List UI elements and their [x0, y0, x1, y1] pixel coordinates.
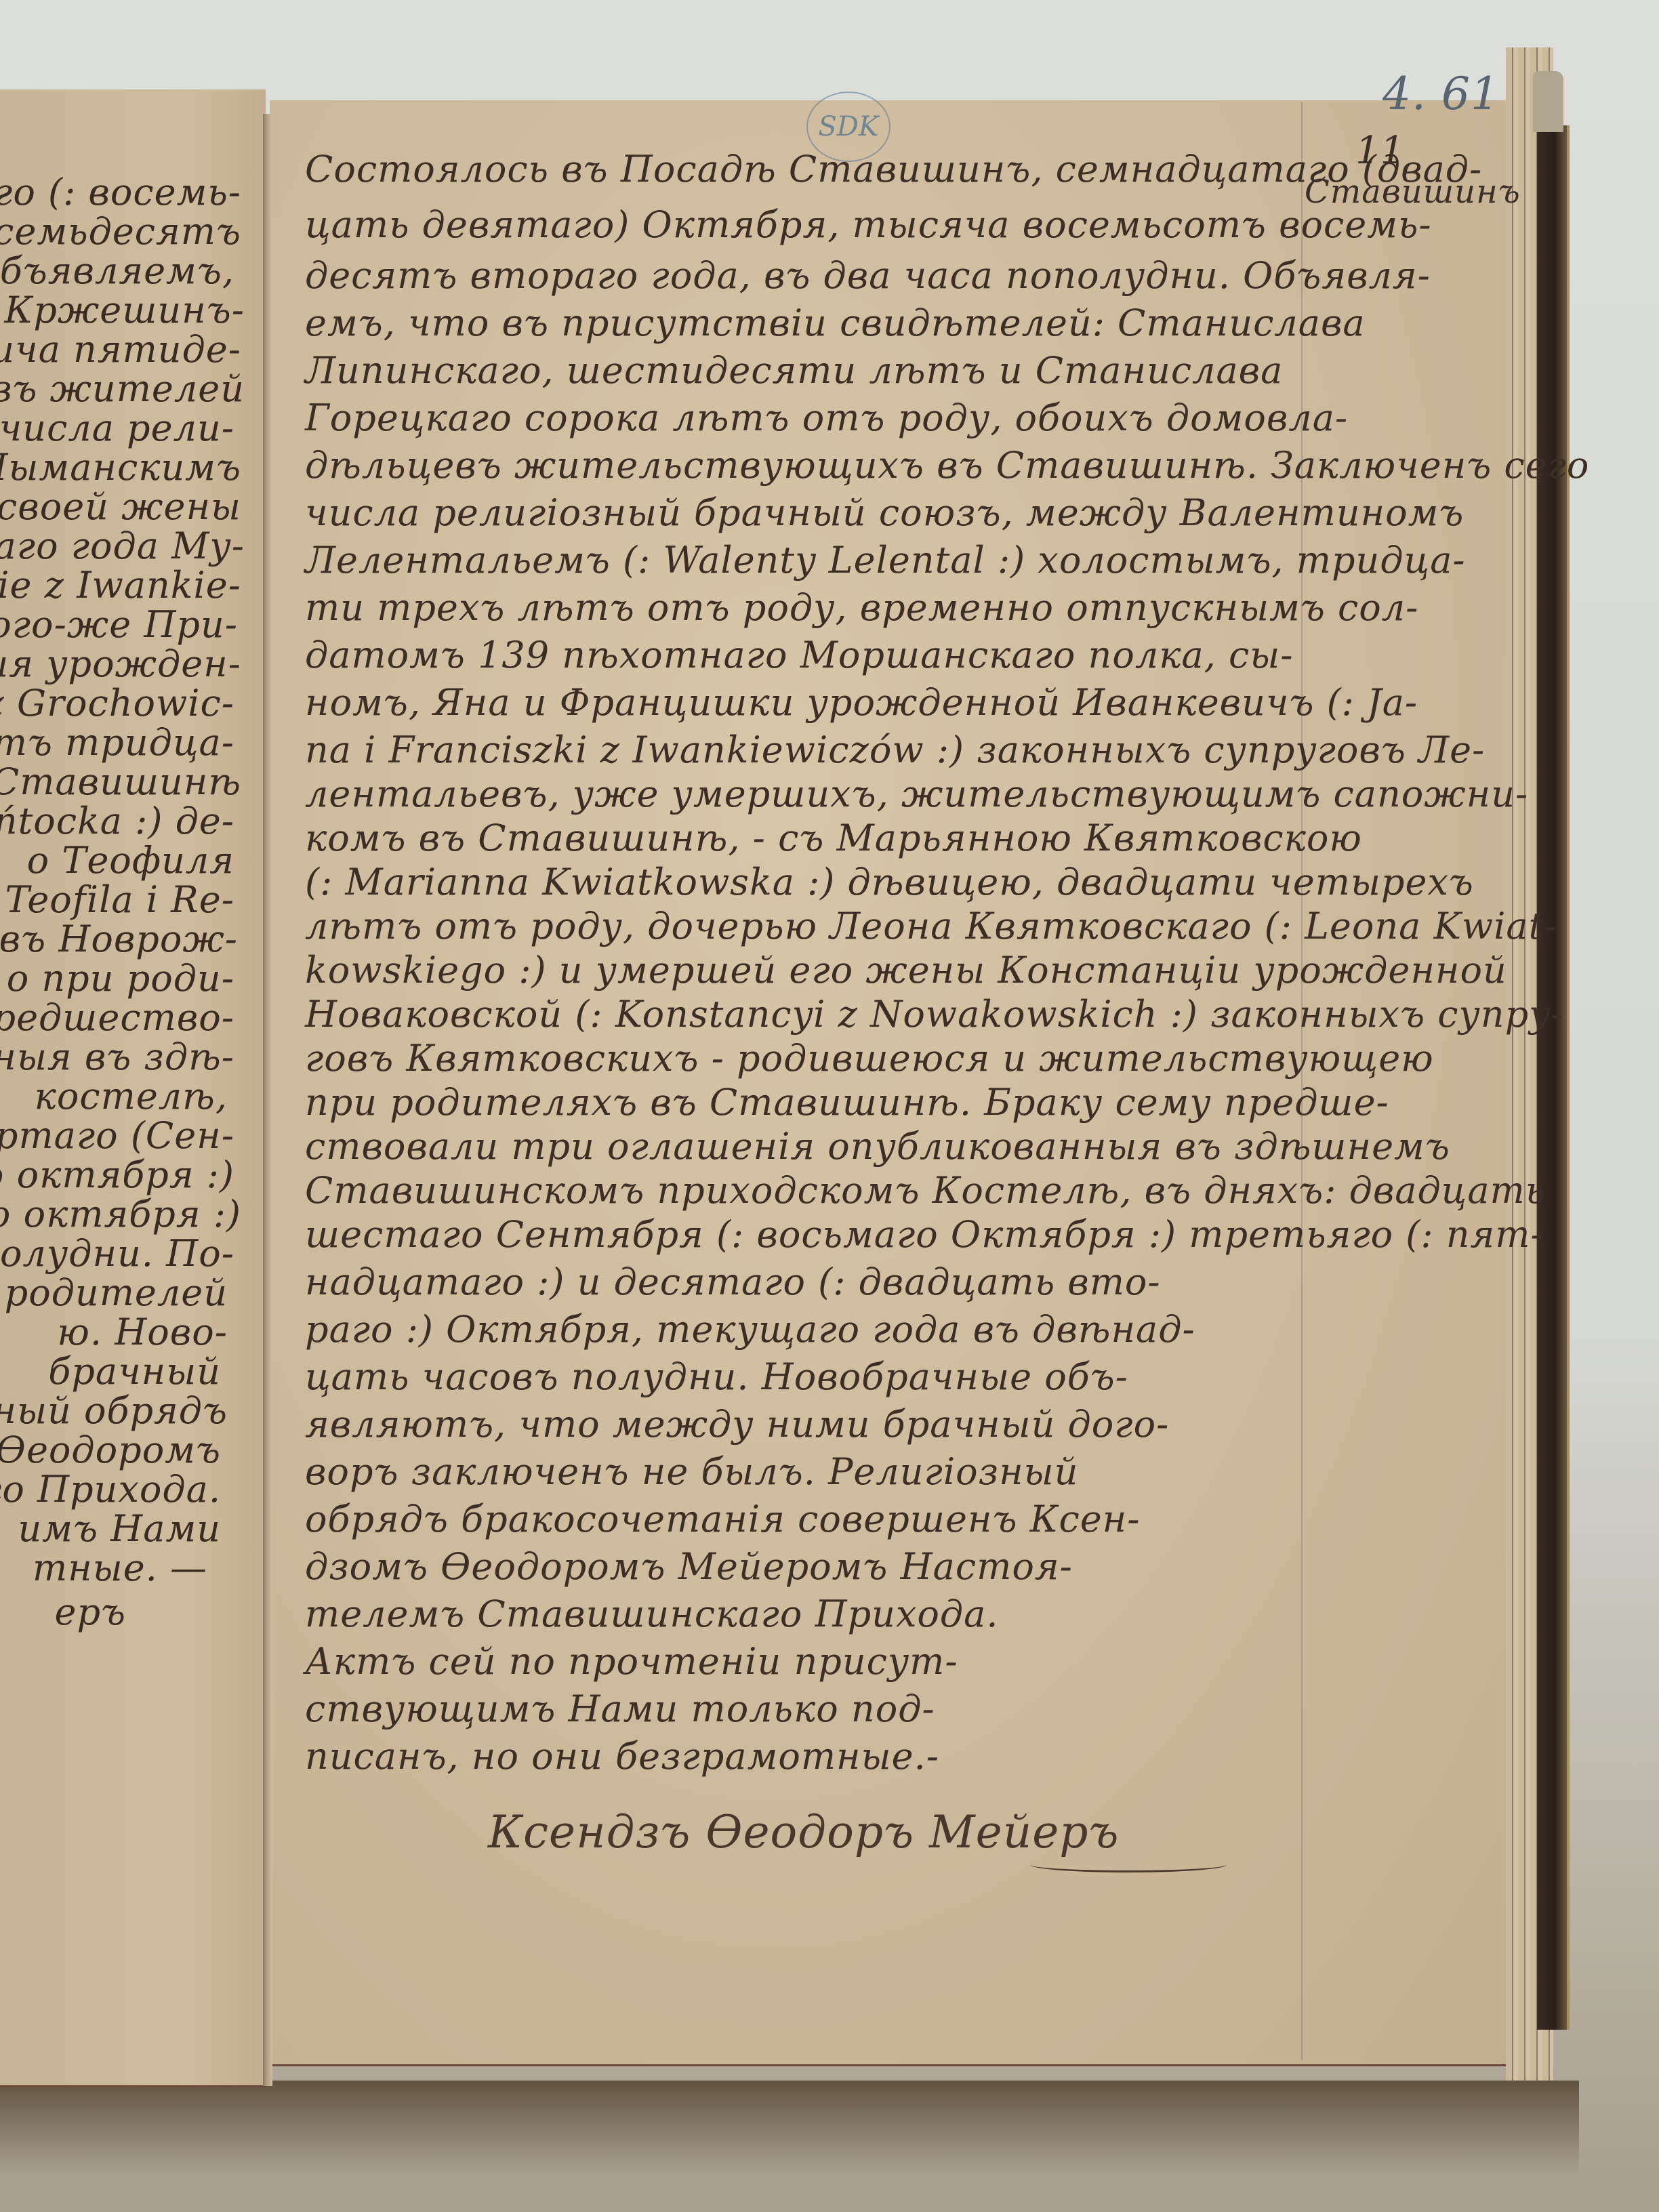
left-page-line: Teofila i Re-: [5, 878, 234, 921]
left-page-line: / z Grochowic-: [0, 682, 234, 724]
record-line: лѣтъ отъ роду, дочерью Леона Квятковскаг…: [305, 905, 1557, 947]
record-line: номъ, Яна и Францишки урожденной Иванкев…: [305, 681, 1418, 724]
record-line: дѣльцевъ жительствующихъ въ Ставишинѣ. З…: [305, 444, 1589, 487]
left-page-line: предшество-: [0, 996, 234, 1039]
record-line: ствующимъ Нами только под-: [305, 1687, 935, 1730]
record-line: цать девятаго) Октября, тысяча восемьсот…: [305, 203, 1432, 246]
record-line: надцатаго :) и десятаго (: двадцать вто-: [305, 1261, 1161, 1303]
record-line: Состоялось въ Посадѣ Ставишинъ, семнадца…: [305, 148, 1482, 190]
record-line: цать часовъ полудни. Новобрачные объ-: [305, 1355, 1128, 1398]
book-gutter: [263, 114, 272, 2086]
torn-cover-corner: [1533, 71, 1563, 132]
left-page-line: родителей: [5, 1271, 228, 1314]
left-page-line: тъ тридца-: [0, 721, 234, 764]
left-page-line: брачный: [48, 1350, 221, 1393]
left-page-line: ей своей жены: [0, 485, 241, 528]
record-line: kowskiego :) и умершей его жены Констанц…: [305, 949, 1507, 991]
record-line: ти трехъ лѣтъ отъ роду, временно отпускн…: [305, 586, 1418, 629]
record-line: Лелентальемъ (: Walenty Lelental :) холо…: [305, 539, 1466, 581]
left-page-line: ныя въ здѣ-: [0, 1036, 234, 1078]
left-page-line: тные. —: [33, 1547, 207, 1589]
left-page-line: еръ: [54, 1591, 126, 1633]
left-page-line: о Теофиля: [27, 839, 234, 882]
left-page-line: таго (: восемь-: [0, 171, 241, 213]
book-shadow: [0, 2081, 1579, 2175]
record-line: телемъ Ставишинскаго Прихода.: [305, 1593, 999, 1635]
left-page-text-clip: таго (: восемь- тъ восемьдесятъ Объявляе…: [0, 89, 262, 2085]
record-line: Липинскаго, шестидесяти лѣтъ и Станислав…: [305, 349, 1283, 392]
record-line: Новаковской (: Konstancyi z Nowakowskich…: [305, 993, 1564, 1036]
record-line: писанъ, но они безграмотные.-: [305, 1735, 939, 1778]
stamp-text: SDK: [818, 111, 878, 142]
left-page-line: наго октября :): [0, 1193, 241, 1235]
left-page-line: числа рели-: [0, 407, 234, 449]
signature-flourish: [1030, 1857, 1227, 1872]
priest-signature: Ксендзъ Ѳеодоръ Мейеръ: [488, 1806, 1120, 1858]
left-page-line: ю. Ново-: [57, 1311, 228, 1353]
record-line: дзомъ Ѳеодоромъ Мейеромъ Настоя-: [305, 1545, 1073, 1588]
record-line: комъ въ Ставишинѣ, - съ Марьянною Квятко…: [305, 817, 1362, 859]
record-line: раго :) Октября, текущаго года въ двѣнад…: [305, 1308, 1195, 1351]
left-page-line: тъ восемьдесятъ: [0, 210, 241, 253]
record-line: шестаго Сентября (: восьмаго Октября :) …: [305, 1213, 1544, 1256]
left-page-line: нея Кржешинъ-: [0, 289, 245, 331]
left-page-line: ніе z Iwankie-: [0, 564, 241, 607]
record-line: числа религіозный брачный союзъ, между В…: [305, 491, 1464, 534]
record-line: говъ Квятковскихъ - родившеюся и жительс…: [305, 1037, 1434, 1080]
book-cover-edge: [1537, 125, 1570, 2030]
record-line: десятъ втораго года, въ два часа пополуд…: [305, 254, 1431, 297]
folio-pencil-number: 4. 61: [1382, 68, 1500, 120]
record-line: лентальевъ, уже умершихъ, жительствующим…: [305, 773, 1528, 815]
left-page-line: Kańtocka :) де-: [0, 800, 234, 842]
record-line: ствовали три оглашенія опубликованныя въ…: [305, 1125, 1450, 1168]
left-page-line: Объявляемъ,: [0, 249, 234, 292]
record-line: при родителяхъ въ Ставишинѣ. Браку сему …: [305, 1081, 1389, 1124]
left-page-line: вертаго (Сен-: [0, 1114, 234, 1157]
left-page-line: вича пятиде-: [0, 328, 241, 371]
left-page-line: костелѣ,: [35, 1075, 228, 1118]
left-page-line: о при роди-: [7, 957, 234, 1000]
record-line: воръ заключенъ не былъ. Религіозный: [305, 1450, 1078, 1493]
left-page-line: аго Прихода.: [0, 1468, 221, 1511]
left-page-line: въ Ставишинѣ: [0, 760, 241, 803]
left-page-line: пополудни. По-: [0, 1232, 234, 1275]
record-line: (: Marianna Kwiatkowska :) дѣвицею, двад…: [305, 861, 1474, 903]
record-line: Актъ сей по прочтеніи присут-: [305, 1640, 958, 1683]
left-page-line: озный обрядъ: [0, 1389, 228, 1432]
record-line: являютъ, что между ними брачный дого-: [305, 1403, 1169, 1446]
left-page-line: ковъ жителей: [0, 367, 245, 410]
record-line: na i Franciszki z Iwankiewiczów :) закон…: [305, 729, 1485, 771]
left-page-line: го октября :): [0, 1153, 234, 1196]
left-page-line: Шыманскимъ: [0, 446, 241, 489]
left-page-line: енныя урожден-: [0, 642, 241, 685]
left-page-line: овъ Новрож-: [0, 918, 238, 960]
record-line: Ставишинскомъ приходскомъ Костелѣ, въ дн…: [305, 1169, 1546, 1212]
left-page-line: щаго года Му-: [0, 525, 245, 567]
record-line: емъ, что въ присутствіи свидѣтелей: Стан…: [305, 302, 1366, 344]
left-page-line: того-же При-: [0, 603, 238, 646]
record-line: датомъ 139 пѣхотнаго Моршанскаго полка, …: [305, 634, 1293, 676]
left-page-line: ъ Ѳеодоромъ: [0, 1429, 221, 1471]
record-line: Горецкаго сорока лѣтъ отъ роду, обоихъ д…: [305, 396, 1348, 439]
left-page-line: имъ Нами: [18, 1507, 221, 1550]
record-line: обрядъ бракосочетанія совершенъ Ксен-: [305, 1498, 1140, 1540]
